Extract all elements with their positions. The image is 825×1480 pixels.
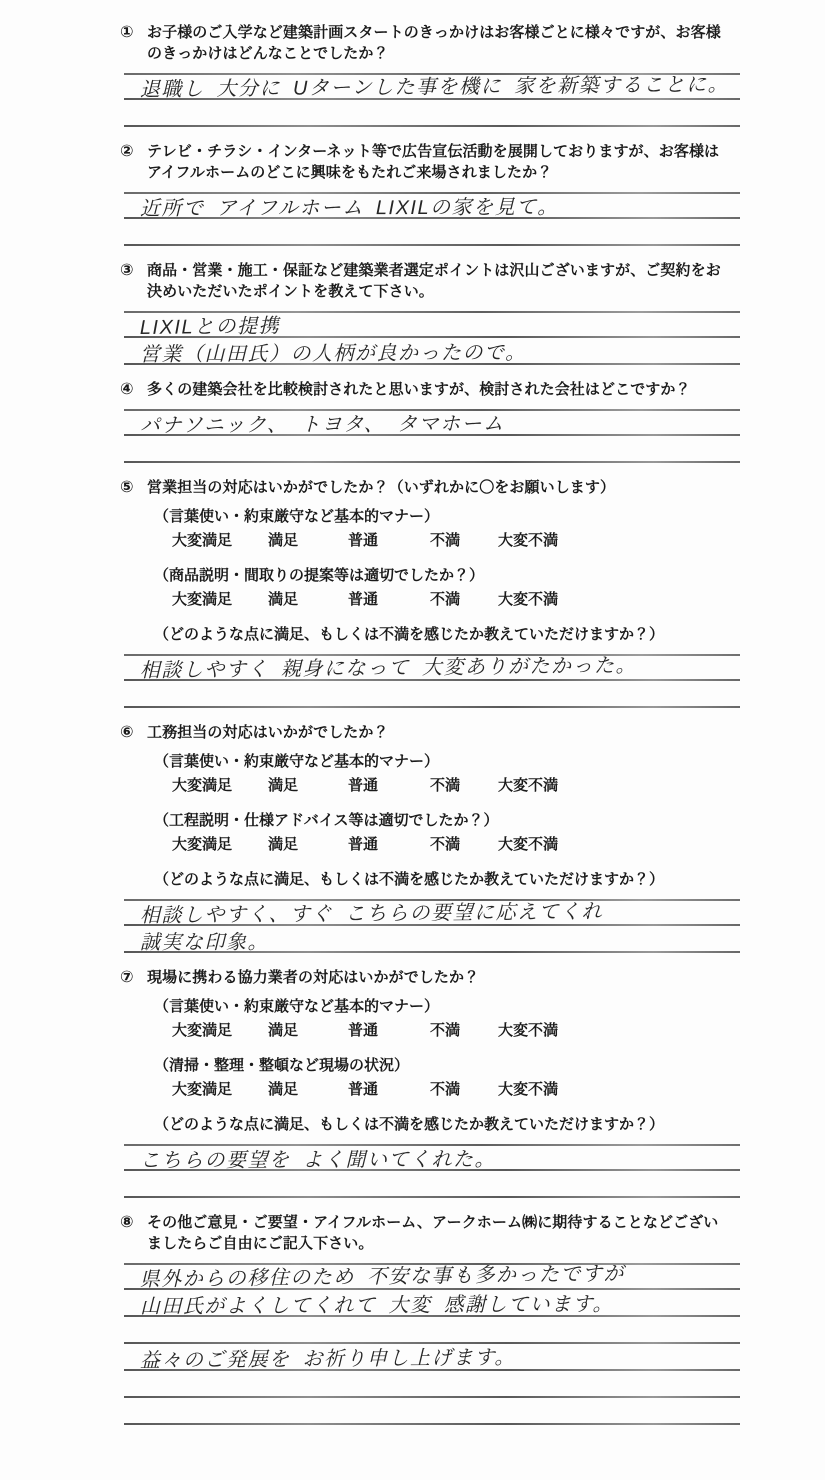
rating-option: 満足 — [268, 833, 348, 857]
answer-line — [124, 100, 740, 127]
question-row: ⑥工務担当の対応はいかがでしたか？ — [120, 722, 740, 743]
rating-option: 不満 — [430, 1019, 498, 1043]
question-text: 工務担当の対応はいかがでしたか？ — [147, 722, 732, 743]
question-section: ⑦現場に携わる協力業者の対応はいかがでしたか？（言葉使い・約束厳守など基本的マナ… — [120, 967, 740, 1198]
rating-option: 大変満足 — [172, 774, 268, 798]
answer-line — [124, 1371, 740, 1398]
answer-line — [124, 1398, 740, 1425]
rating-option: 満足 — [268, 1078, 348, 1102]
answer-area: 相談しやすく 親身になって 大変ありがたかった。 — [124, 654, 740, 708]
answer-line: 山田氏がよくしてくれて 大変 感謝しています。 — [124, 1290, 740, 1317]
rating-category-label: （言葉使い・約束厳守など基本的マナー） — [154, 997, 740, 1017]
answer-line: 県外からの移住のため 不安な事も多かったですが — [124, 1263, 740, 1290]
handwritten-answer: 山田氏がよくしてくれて 大変 感謝しています。 — [140, 1293, 614, 1319]
question-list: ①お子様のご入学など建築計画スタートのきっかけはお客様ごとに様々ですが、お客様の… — [0, 22, 825, 1425]
answer-area: LIXILとの提携営業（山田氏）の人柄が良かったので。 — [124, 311, 740, 365]
answer-area: 近所で アイフルホーム LIXILの家を見て。 — [124, 192, 740, 246]
answer-line: 相談しやすく 親身になって 大変ありがたかった。 — [124, 654, 740, 681]
question-text: お子様のご入学など建築計画スタートのきっかけはお客様ごとに様々ですが、お客様のき… — [147, 22, 732, 64]
question-row: ⑤営業担当の対応はいかがでしたか？（いずれかに〇をお願いします） — [120, 477, 740, 498]
answer-line: LIXILとの提携 — [124, 311, 740, 338]
rating-options-row: 大変満足満足普通不満大変不満 — [172, 1078, 740, 1102]
rating-category-label: （清掃・整理・整頓など現場の状況） — [154, 1056, 740, 1076]
answer-area: 退職し 大分に Uターンした事を機に 家を新築することに。 — [124, 73, 740, 127]
question-row: ①お子様のご入学など建築計画スタートのきっかけはお客様ごとに様々ですが、お客様の… — [120, 22, 740, 64]
handwritten-answer: 誠実な印象。 — [140, 931, 269, 955]
rating-option: 満足 — [268, 529, 348, 553]
handwritten-answer: 近所で アイフルホーム LIXILの家を見て。 — [140, 196, 559, 221]
rating-option: 大変不満 — [498, 1019, 558, 1043]
rating-option: 大変不満 — [498, 529, 558, 553]
rating-option: 大変満足 — [172, 588, 268, 612]
handwritten-answer: 相談しやすく 親身になって 大変ありがたかった。 — [140, 654, 637, 683]
rating-option: 普通 — [348, 833, 430, 857]
handwritten-answer: 県外からの移住のため 不安な事も多かったですが — [140, 1262, 625, 1292]
rating-option: 大変満足 — [172, 833, 268, 857]
rating-category-label: （言葉使い・約束厳守など基本的マナー） — [154, 507, 740, 527]
answer-line — [124, 681, 740, 708]
answer-line: パナソニック、 トヨタ、 タマホーム — [124, 409, 740, 436]
rating-option: 大変不満 — [498, 833, 558, 857]
question-number: ① — [120, 22, 147, 64]
answer-area: 県外からの移住のため 不安な事も多かったですが山田氏がよくしてくれて 大変 感謝… — [124, 1263, 740, 1425]
rating-option: 大変不満 — [498, 1078, 558, 1102]
rating-option: 普通 — [348, 1019, 430, 1043]
question-text: 多くの建築会社を比較検討されたと思いますが、検討された会社はどこですか？ — [147, 379, 732, 400]
rating-option: 普通 — [348, 1078, 430, 1102]
question-number: ④ — [120, 379, 147, 400]
rating-options-row: 大変満足満足普通不満大変不満 — [172, 588, 740, 612]
rating-option: 大変満足 — [172, 1019, 268, 1043]
rating-option: 不満 — [430, 774, 498, 798]
question-row: ⑦現場に携わる協力業者の対応はいかがでしたか？ — [120, 967, 740, 988]
answer-line: 営業（山田氏）の人柄が良かったので。 — [124, 338, 740, 365]
question-row: ③商品・営業・施工・保証など建築業者選定ポイントは沢山ございますが、ご契約をお決… — [120, 260, 740, 302]
comment-prompt: （どのような点に満足、もしくは不満を感じたか教えていただけますか？） — [154, 870, 740, 890]
question-number: ⑤ — [120, 477, 147, 498]
rating-options-row: 大変満足満足普通不満大変不満 — [172, 1019, 740, 1043]
question-section: ④多くの建築会社を比較検討されたと思いますが、検討された会社はどこですか？パナソ… — [120, 379, 740, 463]
question-number: ③ — [120, 260, 147, 302]
rating-option: 満足 — [268, 774, 348, 798]
answer-line — [124, 1317, 740, 1344]
rating-category-label: （言葉使い・約束厳守など基本的マナー） — [154, 752, 740, 772]
rating-option: 不満 — [430, 588, 498, 612]
rating-option: 満足 — [268, 1019, 348, 1043]
rating-option: 普通 — [348, 529, 430, 553]
question-section: ③商品・営業・施工・保証など建築業者選定ポイントは沢山ございますが、ご契約をお決… — [120, 260, 740, 365]
question-section: ⑥工務担当の対応はいかがでしたか？（言葉使い・約束厳守など基本的マナー）大変満足… — [120, 722, 740, 953]
handwritten-answer: 益々のご発展を お祈り申し上げます。 — [140, 1346, 516, 1373]
question-text: その他ご意見・ご要望・アイフルホーム、アークホーム㈱に期待することなどございまし… — [147, 1212, 732, 1254]
question-text: テレビ・チラシ・インターネット等で広告宣伝活動を展開しておりますが、お客様はアイ… — [147, 141, 732, 183]
answer-line — [124, 1171, 740, 1198]
rating-option: 大変不満 — [498, 774, 558, 798]
answer-line — [124, 219, 740, 246]
question-text: 営業担当の対応はいかがでしたか？（いずれかに〇をお願いします） — [147, 477, 732, 498]
answer-line — [124, 436, 740, 463]
handwritten-answer: こちらの要望を よく聞いてくれた。 — [140, 1148, 496, 1173]
question-section: ①お子様のご入学など建築計画スタートのきっかけはお客様ごとに様々ですが、お客様の… — [120, 22, 740, 127]
rating-option: 大変満足 — [172, 529, 268, 553]
question-number: ② — [120, 141, 147, 183]
answer-area: 相談しやすく、すぐ こちらの要望に応えてくれ誠実な印象。 — [124, 899, 740, 953]
handwritten-answer: 退職し 大分に Uターンした事を機に 家を新築することに。 — [140, 73, 729, 102]
answer-line: 相談しやすく、すぐ こちらの要望に応えてくれ — [124, 899, 740, 926]
answer-line: こちらの要望を よく聞いてくれた。 — [124, 1144, 740, 1171]
rating-option: 満足 — [268, 588, 348, 612]
question-number: ⑦ — [120, 967, 147, 988]
answer-line: 誠実な印象。 — [124, 926, 740, 953]
handwritten-answer: 相談しやすく、すぐ こちらの要望に応えてくれ — [140, 900, 603, 928]
rating-option: 普通 — [348, 774, 430, 798]
rating-options-row: 大変満足満足普通不満大変不満 — [172, 774, 740, 798]
comment-prompt: （どのような点に満足、もしくは不満を感じたか教えていただけますか？） — [154, 625, 740, 645]
rating-option: 不満 — [430, 833, 498, 857]
rating-options-row: 大変満足満足普通不満大変不満 — [172, 833, 740, 857]
handwritten-answer: 営業（山田氏）の人柄が良かったので。 — [140, 341, 527, 367]
rating-option: 不満 — [430, 529, 498, 553]
question-number: ⑥ — [120, 722, 147, 743]
question-text: 現場に携わる協力業者の対応はいかがでしたか？ — [147, 967, 732, 988]
handwritten-answer: LIXILとの提携 — [140, 314, 280, 340]
comment-prompt: （どのような点に満足、もしくは不満を感じたか教えていただけますか？） — [154, 1115, 740, 1135]
question-section: ⑤営業担当の対応はいかがでしたか？（いずれかに〇をお願いします）（言葉使い・約束… — [120, 477, 740, 708]
rating-option: 大変不満 — [498, 588, 558, 612]
rating-option: 普通 — [348, 588, 430, 612]
rating-option: 大変満足 — [172, 1078, 268, 1102]
answer-area: こちらの要望を よく聞いてくれた。 — [124, 1144, 740, 1198]
question-number: ⑧ — [120, 1212, 147, 1254]
answer-line: 益々のご発展を お祈り申し上げます。 — [124, 1344, 740, 1371]
question-row: ④多くの建築会社を比較検討されたと思いますが、検討された会社はどこですか？ — [120, 379, 740, 400]
rating-option: 不満 — [430, 1078, 498, 1102]
question-section: ⑧その他ご意見・ご要望・アイフルホーム、アークホーム㈱に期待することなどございま… — [120, 1212, 740, 1425]
rating-category-label: （工程説明・仕様アドバイス等は適切でしたか？） — [154, 811, 740, 831]
answer-line: 近所で アイフルホーム LIXILの家を見て。 — [124, 192, 740, 219]
answer-area: パナソニック、 トヨタ、 タマホーム — [124, 409, 740, 463]
rating-category-label: （商品説明・間取りの提案等は適切でしたか？） — [154, 566, 740, 586]
question-row: ②テレビ・チラシ・インターネット等で広告宣伝活動を展開しておりますが、お客様はア… — [120, 141, 740, 183]
question-section: ②テレビ・チラシ・インターネット等で広告宣伝活動を展開しておりますが、お客様はア… — [120, 141, 740, 246]
handwritten-answer: パナソニック、 トヨタ、 タマホーム — [140, 412, 505, 438]
question-text: 商品・営業・施工・保証など建築業者選定ポイントは沢山ございますが、ご契約をお決め… — [147, 260, 732, 302]
question-row: ⑧その他ご意見・ご要望・アイフルホーム、アークホーム㈱に期待することなどございま… — [120, 1212, 740, 1254]
answer-line: 退職し 大分に Uターンした事を機に 家を新築することに。 — [124, 73, 740, 100]
survey-document: ①お子様のご入学など建築計画スタートのきっかけはお客様ごとに様々ですが、お客様の… — [0, 0, 825, 1480]
rating-options-row: 大変満足満足普通不満大変不満 — [172, 529, 740, 553]
